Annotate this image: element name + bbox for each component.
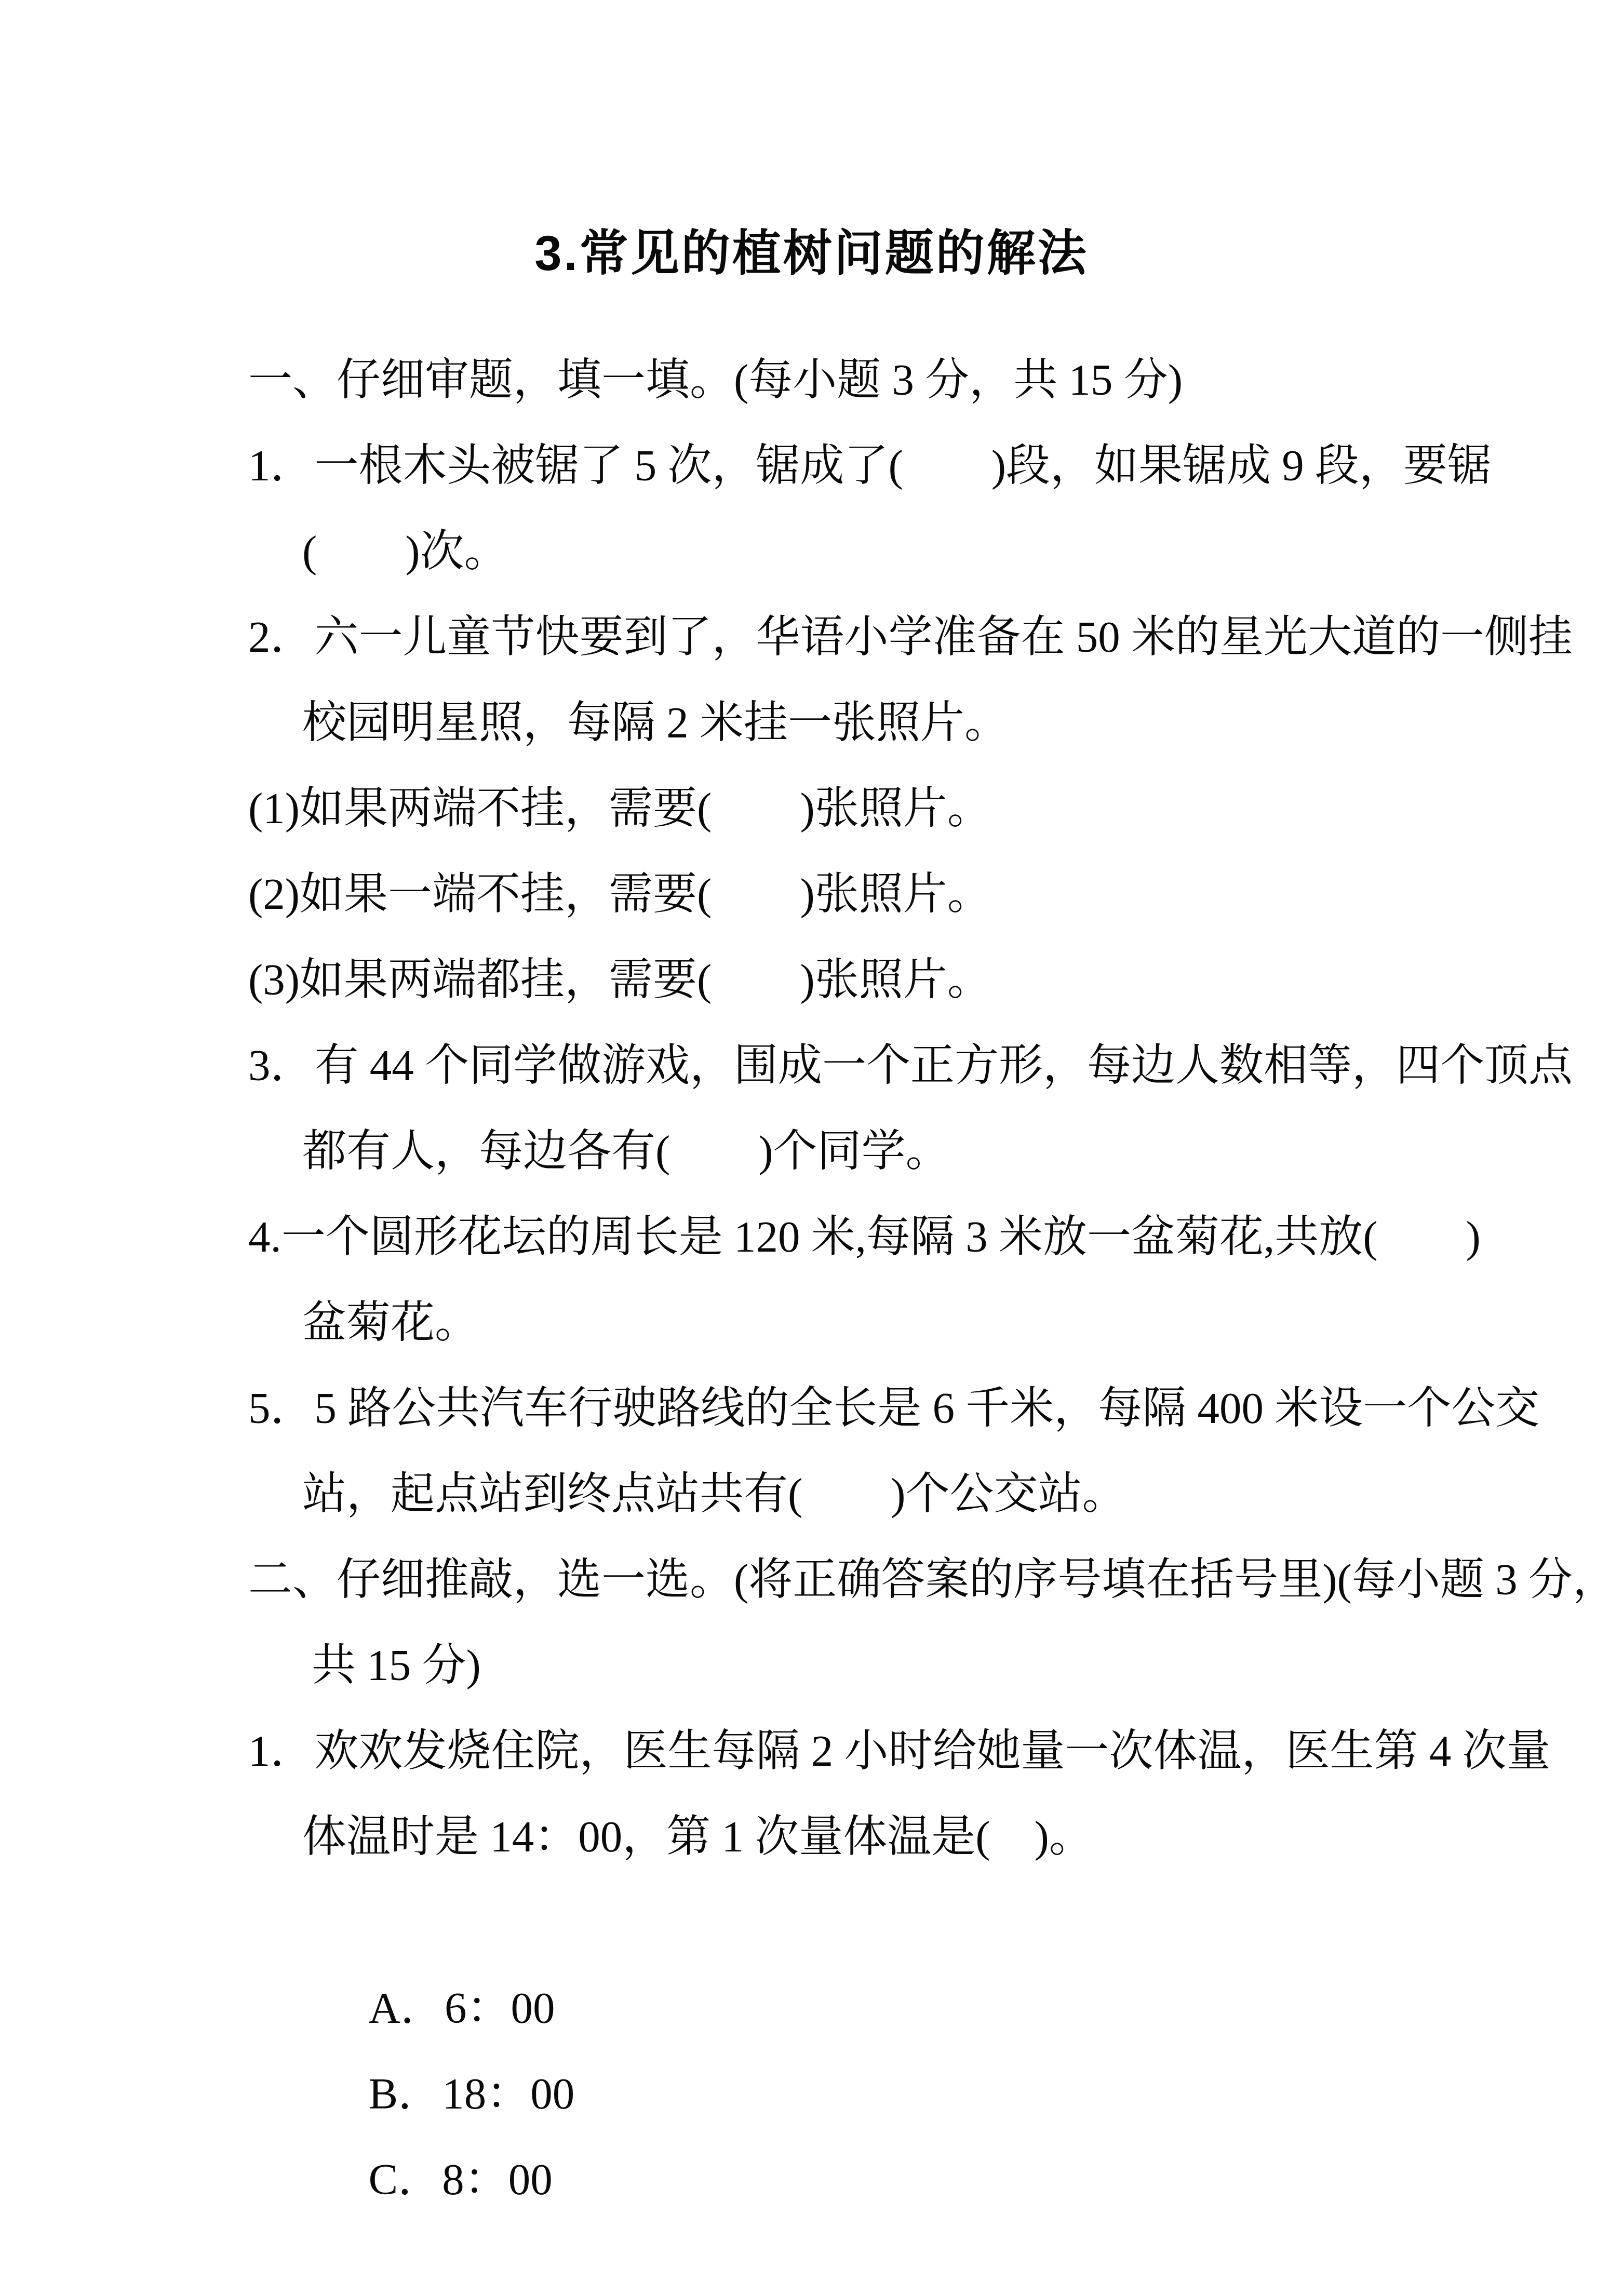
s1-q4-line-1: 4.一个圆形花坛的周长是 120 米,每隔 3 米放一盆菊花,共放( ) [248,1194,1515,1280]
option-b: B．18：00 [369,2051,575,2137]
s1-q2-line-1: 2．六一儿童节快要到了，华语小学准备在 50 米的星光大道的一侧挂 [248,595,1515,680]
worksheet-page: 3.常见的植树问题的解法 一、仔细审题，填一填。(每小题 3 分，共 15 分)… [0,0,1623,2296]
section-2-heading-line-2: 共 15 分) [248,1623,1515,1709]
s1-q5-line-2: 站，起点站到终点站共有( )个公交站。 [248,1452,1515,1537]
s1-q4-line-2: 盆菊花。 [248,1280,1515,1366]
s1-q2-sub-2: (2)如果一端不挂，需要( )张照片。 [248,852,1515,937]
section-1-heading: 一、仔细审题，填一填。(每小题 3 分，共 15 分) [248,338,1515,423]
s1-q2-line-2: 校园明星照，每隔 2 米挂一张照片。 [248,680,1515,766]
s1-q5-line-1: 5．5 路公共汽车行驶路线的全长是 6 千米，每隔 400 米设一个公交 [248,1366,1515,1452]
s1-q3-line-2: 都有人，每边各有( )个同学。 [248,1109,1515,1194]
s1-q2-sub-1: (1)如果两端不挂，需要( )张照片。 [248,766,1515,852]
s1-q1-line-2: ( )次。 [248,509,1515,595]
section-2-heading-line-1: 二、仔细推敲，选一选。(将正确答案的序号填在括号里)(每小题 3 分， [248,1537,1515,1623]
s2-q1-line-2: 体温时是 14：00，第 1 次量体温是( )。 [248,1794,1515,1880]
s1-q1-line-1: 1．一根木头被锯了 5 次，锯成了( )段，如果锯成 9 段，要锯 [248,423,1515,509]
s1-q3-line-1: 3．有 44 个同学做游戏，围成一个正方形，每边人数相等，四个顶点 [248,1023,1515,1109]
page-title: 3.常见的植树问题的解法 [0,214,1623,284]
s2-q1-line-1: 1．欢欢发烧住院，医生每隔 2 小时给她量一次体温，医生第 4 次量 [248,1709,1515,1794]
s2-q1-options-row: A．6：00 B．18：00 C．8：00 [248,1880,1515,1966]
s1-q2-sub-3: (3)如果两端都挂，需要( )张照片。 [248,937,1515,1023]
option-a: A．6：00 [369,1966,555,2051]
worksheet-body: 一、仔细审题，填一填。(每小题 3 分，共 15 分) 1．一根木头被锯了 5 … [248,338,1515,1966]
option-c: C．8：00 [369,2137,553,2223]
